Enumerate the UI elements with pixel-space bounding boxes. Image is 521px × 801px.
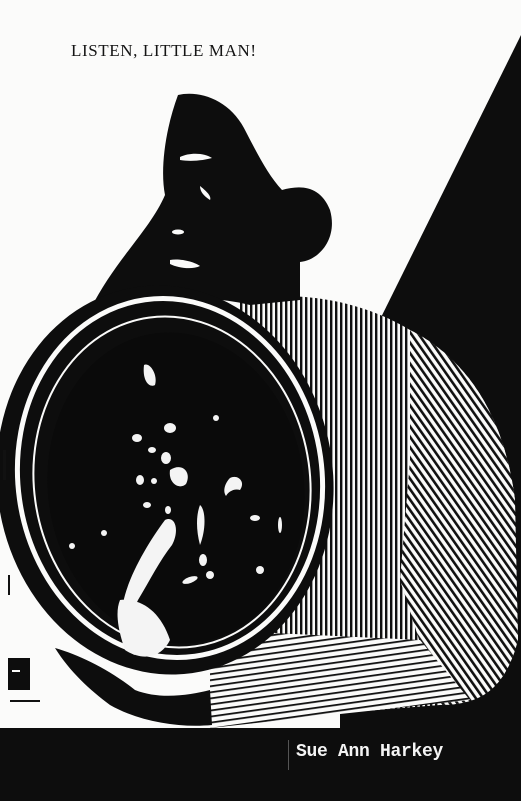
album-cover: LISTEN, LITTLE MAN! Sue Ann Harkey	[0, 0, 521, 801]
bottom-black-band	[0, 728, 521, 801]
artist-divider	[288, 740, 289, 770]
cover-artwork	[0, 0, 521, 801]
artist-name: Sue Ann Harkey	[296, 742, 443, 762]
album-title: LISTEN, LITTLE MAN!	[71, 41, 257, 61]
silhouetted-head	[90, 94, 332, 310]
